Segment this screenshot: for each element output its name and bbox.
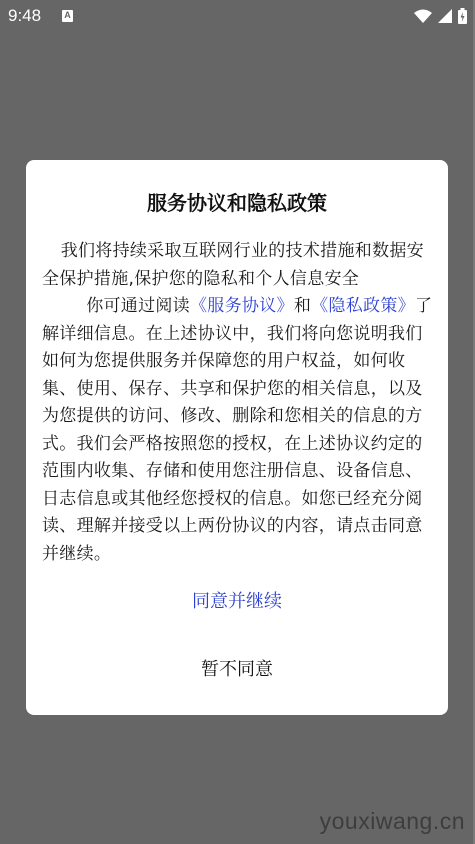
- watermark: youxiwang.cn: [320, 808, 465, 835]
- paragraph-connector: 和: [294, 296, 311, 316]
- status-bar: 9:48 A: [0, 0, 475, 34]
- dialog-body: 我们将持续采取互联网行业的技术措施和数据安全保护措施,保护您的隐私和个人信息安全…: [42, 238, 434, 568]
- service-agreement-link[interactable]: 《服务协议》: [190, 296, 294, 316]
- battery-charging-icon: [458, 8, 467, 24]
- paragraph-security: 我们将持续采取互联网行业的技术措施和数据安全保护措施,保护您的隐私和个人信息安全: [42, 238, 434, 293]
- notification-a-icon: A: [62, 10, 73, 22]
- privacy-dialog: 服务协议和隐私政策 我们将持续采取互联网行业的技术措施和数据安全保护措施,保护您…: [26, 160, 448, 715]
- dialog-title: 服务协议和隐私政策: [26, 187, 448, 216]
- paragraph-prefix: 你可通过阅读: [86, 296, 190, 316]
- disagree-button[interactable]: 暂不同意: [26, 650, 448, 690]
- status-icons: [414, 6, 467, 26]
- agree-continue-button[interactable]: 同意并继续: [26, 582, 448, 622]
- status-time: 9:48: [8, 6, 41, 26]
- paragraph-agreements: 你可通过阅读《服务协议》和《隐私政策》了解详细信息。在上述协议中，我们将向您说明…: [42, 293, 434, 568]
- paragraph-suffix: 了解详细信息。在上述协议中，我们将向您说明我们如何为您提供服务并保障您的用户权益…: [42, 296, 432, 564]
- privacy-policy-link[interactable]: 《隐私政策》: [311, 296, 415, 316]
- signal-icon: [438, 9, 452, 23]
- wifi-icon: [414, 9, 432, 23]
